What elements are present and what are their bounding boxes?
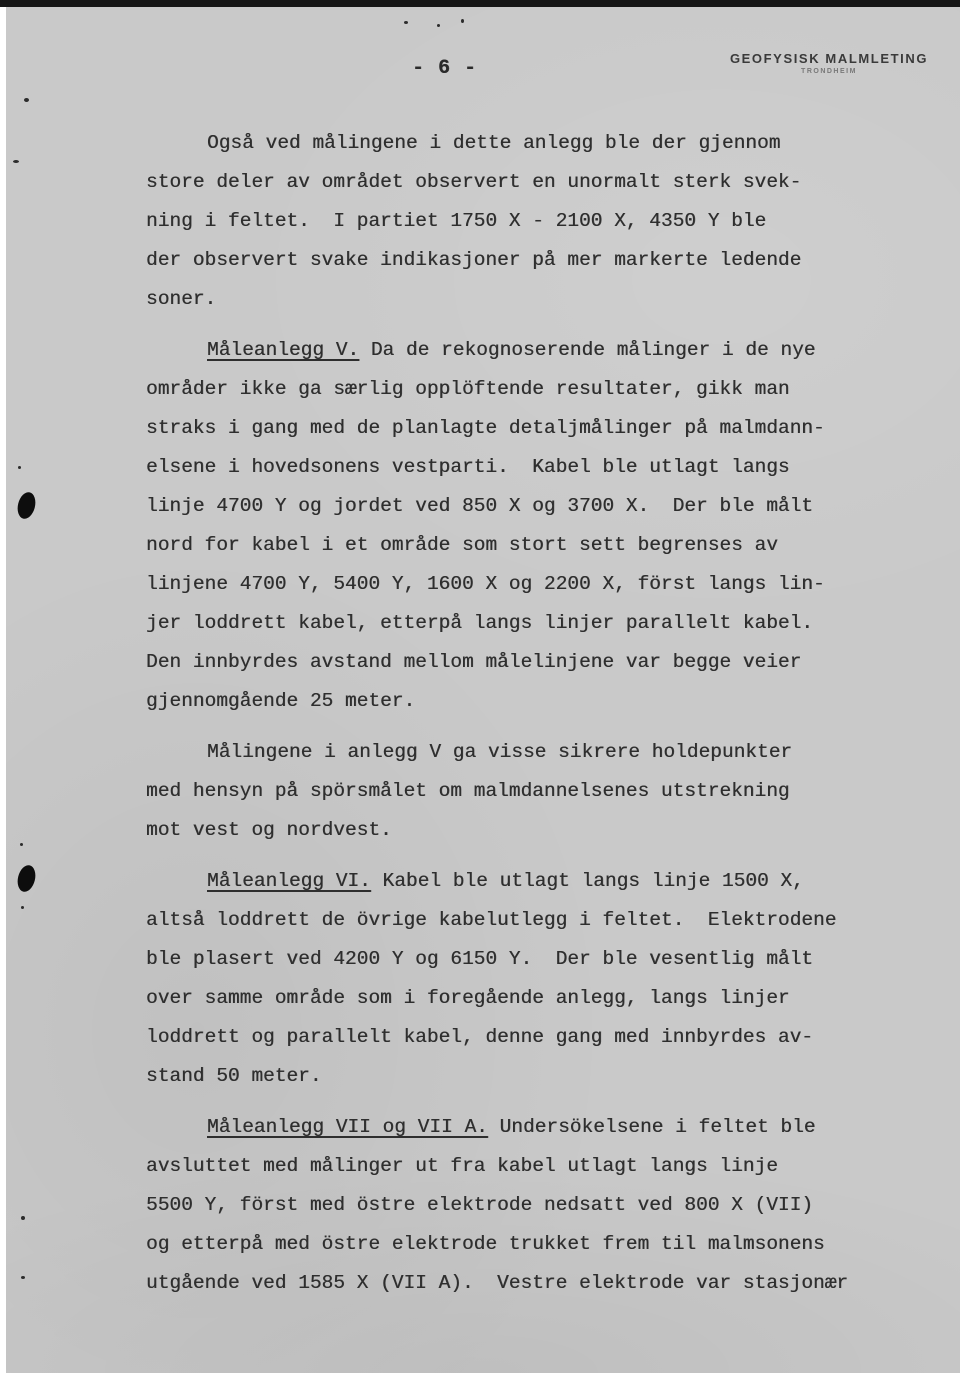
text-line: der observert svake indikasjoner på mer … — [146, 241, 886, 280]
scan-speck — [20, 843, 23, 846]
text-line: elsene i hovedsonens vestparti. Kabel bl… — [146, 448, 886, 487]
text-line: Måleanlegg V. Da de rekognoserende målin… — [146, 331, 886, 370]
text-line: og etterpå med östre elektrode trukket f… — [146, 1225, 886, 1264]
scan-speck — [21, 1216, 25, 1220]
text-line: Måleanlegg VI. Kabel ble utlagt langs li… — [146, 862, 886, 901]
scan-speck — [437, 24, 440, 27]
section-heading: Måleanlegg VI. — [207, 870, 371, 892]
paragraph: Målingene i anlegg V ga visse sikrere ho… — [146, 733, 886, 850]
text-line: avsluttet med målinger ut fra kabel utla… — [146, 1147, 886, 1186]
text-line: ble plasert ved 4200 Y og 6150 Y. Der bl… — [146, 940, 886, 979]
document-body: Også ved målingene i dette anlegg ble de… — [146, 124, 886, 1303]
paragraph: Også ved målingene i dette anlegg ble de… — [146, 124, 886, 319]
letterhead-org-name: GEOFYSISK MALMLETING — [724, 51, 934, 66]
scan-edge-bar — [0, 0, 960, 7]
text-line: Den innbyrdes avstand mellom målelinjene… — [146, 643, 886, 682]
scan-speck — [13, 160, 19, 163]
section-heading: Måleanlegg VII og VII A. — [207, 1116, 488, 1138]
text-line: mot vest og nordvest. — [146, 811, 886, 850]
text-line: Målingene i anlegg V ga visse sikrere ho… — [146, 733, 886, 772]
text-line: altså loddrett de övrige kabelutlegg i f… — [146, 901, 886, 940]
scan-speck — [461, 19, 464, 23]
paragraph: Måleanlegg VII og VII A. Undersökelsene … — [146, 1108, 886, 1303]
letterhead-city: TRONDHEIM — [724, 68, 934, 75]
paragraph: Måleanlegg V. Da de rekognoserende målin… — [146, 331, 886, 721]
section-heading: Måleanlegg V. — [207, 339, 359, 361]
text-line: store deler av området observert en unor… — [146, 163, 886, 202]
text-line: ning i feltet. I partiet 1750 X - 2100 X… — [146, 202, 886, 241]
scan-speck — [21, 906, 24, 909]
scan-speck — [24, 98, 29, 102]
text-line: soner. — [146, 280, 886, 319]
text-line: med hensyn på spörsmålet om malmdannelse… — [146, 772, 886, 811]
text-line: gjennomgående 25 meter. — [146, 682, 886, 721]
text-line: 5500 Y, först med östre elektrode nedsat… — [146, 1186, 886, 1225]
letterhead: GEOFYSISK MALMLETING TRONDHEIM — [724, 51, 934, 75]
scanned-page: - 6 - GEOFYSISK MALMLETING TRONDHEIM Ogs… — [6, 7, 960, 1373]
text-line: utgående ved 1585 X (VII A). Vestre elek… — [146, 1264, 886, 1303]
text-line: straks i gang med de planlagte detaljmål… — [146, 409, 886, 448]
scan-speck — [404, 21, 408, 24]
text-line: linje 4700 Y og jordet ved 850 X og 3700… — [146, 487, 886, 526]
text-line: nord for kabel i et område som stort set… — [146, 526, 886, 565]
text-line: jer loddrett kabel, etterpå langs linjer… — [146, 604, 886, 643]
paragraph: Måleanlegg VI. Kabel ble utlagt langs li… — [146, 862, 886, 1096]
text-line: stand 50 meter. — [146, 1057, 886, 1096]
text-line: linjene 4700 Y, 5400 Y, 1600 X og 2200 X… — [146, 565, 886, 604]
scan-speck — [21, 1276, 25, 1279]
text-line: områder ikke ga særlig opplöftende resul… — [146, 370, 886, 409]
scan-speck — [18, 466, 21, 469]
text-line: Måleanlegg VII og VII A. Undersökelsene … — [146, 1108, 886, 1147]
page-number: - 6 - — [412, 57, 477, 80]
text-line: over samme område som i foregående anleg… — [146, 979, 886, 1018]
text-line: loddrett og parallelt kabel, denne gang … — [146, 1018, 886, 1057]
text-line: Også ved målingene i dette anlegg ble de… — [146, 124, 886, 163]
